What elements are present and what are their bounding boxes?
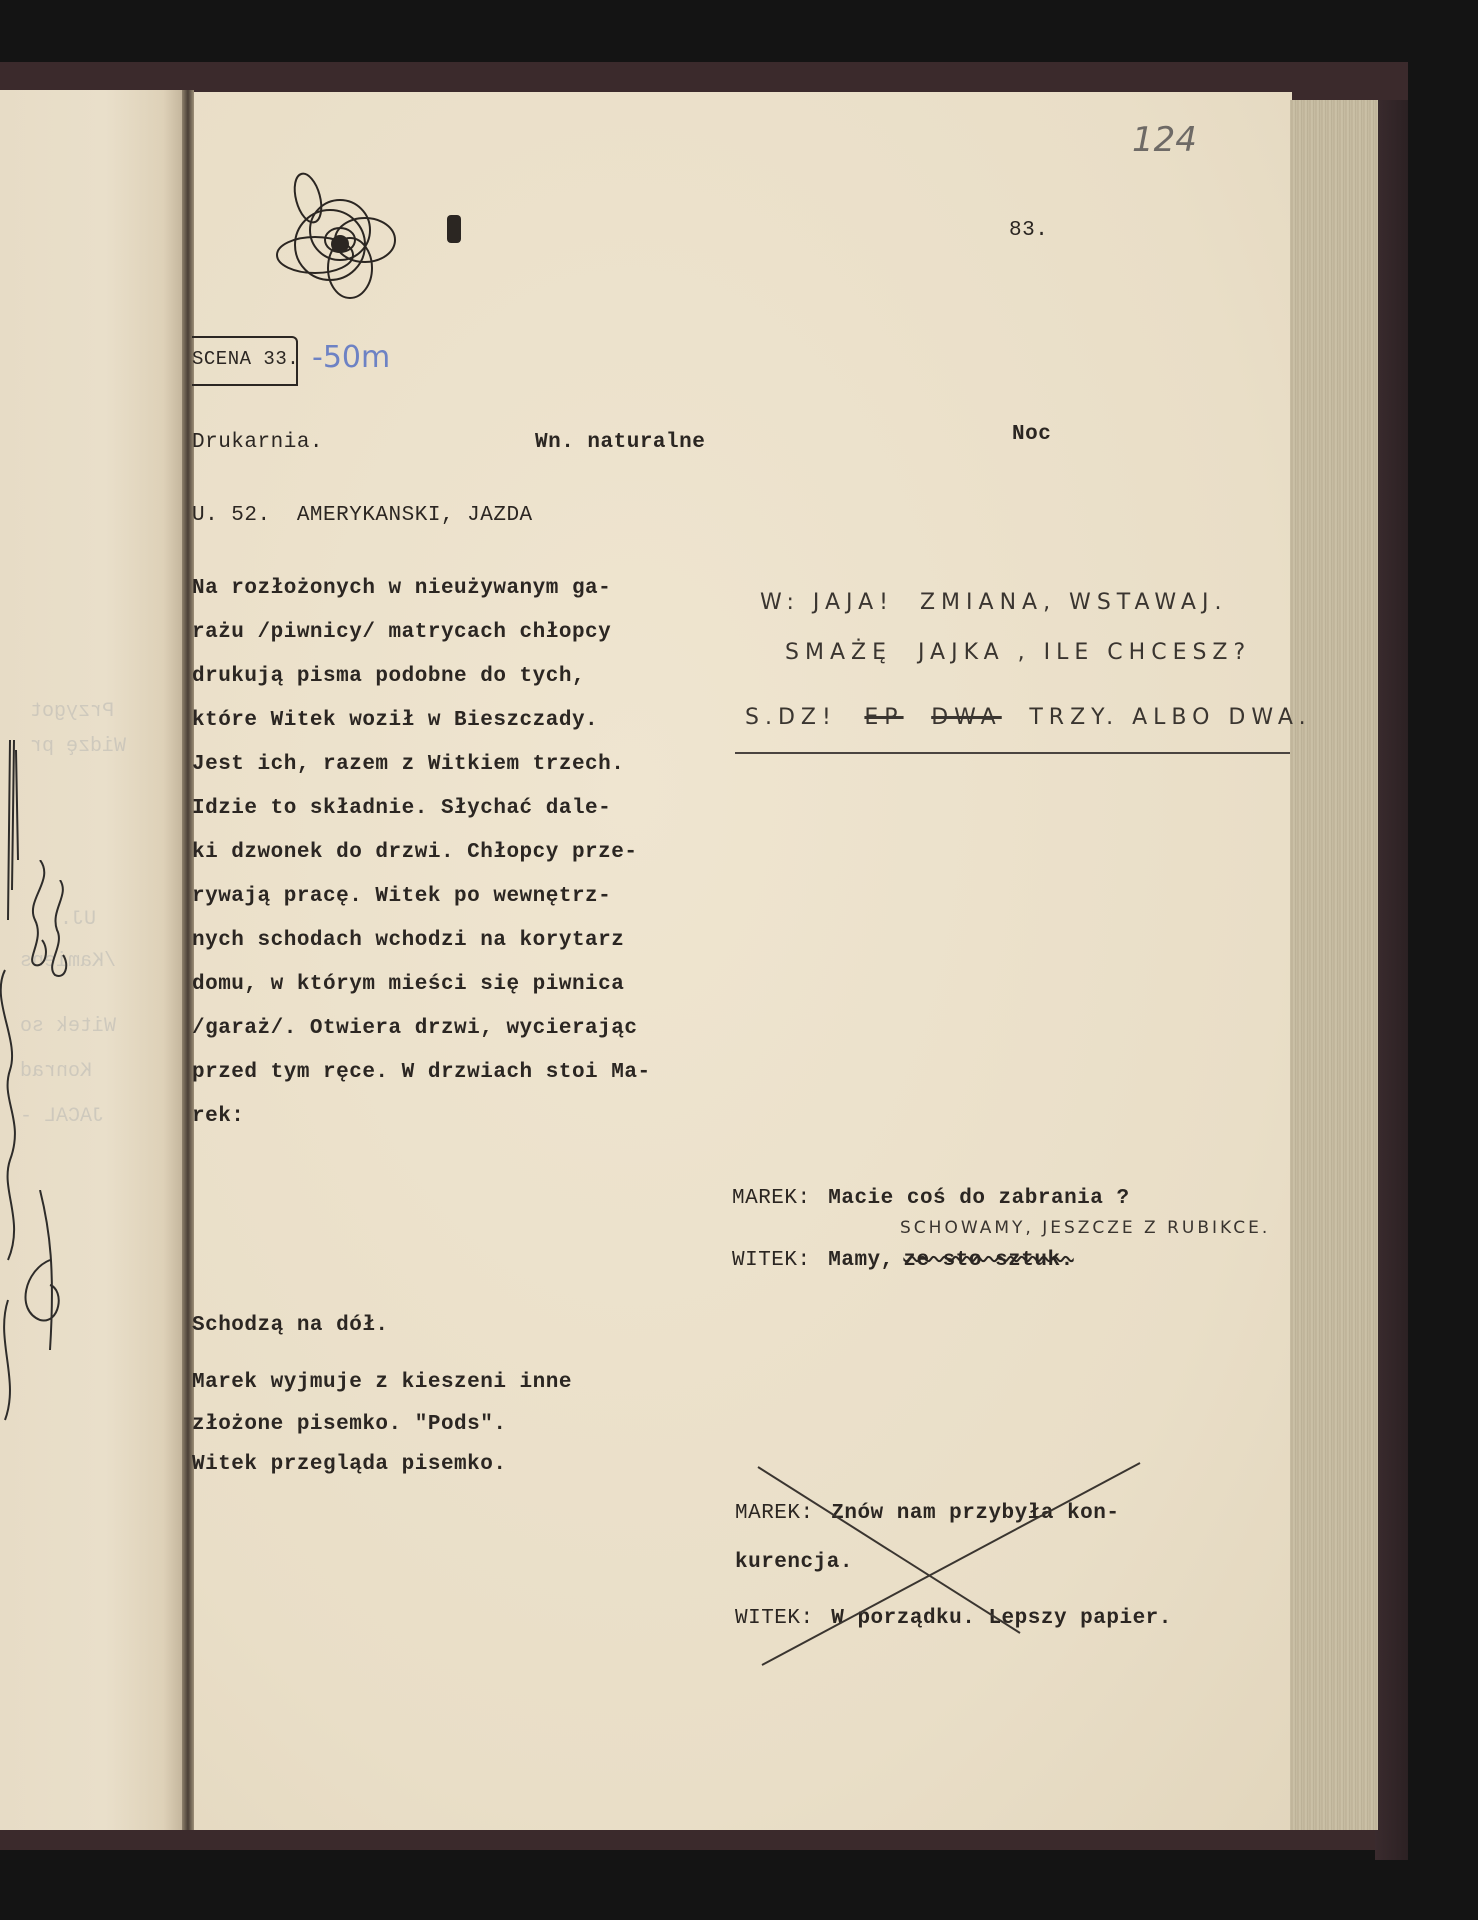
action-line: rażu /piwnicy/ matrycach chłopcy [192,622,651,666]
handwritten-note-line: SMAŻĘ JAJKA , ILE CHCESZ? [785,640,1251,665]
handwritten-insert: SCHOWAMY, JESZCZE Z RUBIKCE. [900,1218,1270,1238]
action-line: Witek przegląda pisemko. [192,1454,572,1494]
speaker-name: MAREK: [732,1187,811,1210]
clef-doodle [45,880,85,980]
handwritten-note-line: W: JAJA! ZMIANA, WSTAWAJ. [760,590,1227,615]
action-line: /garaż/. Otwiera drzwi, wycierając [192,1018,651,1062]
dialogue-text: Mamy, [828,1249,894,1272]
ink-blot [447,215,461,243]
note-prefix: S.DZ! [745,705,837,730]
book-cover-edge [1375,100,1408,1860]
clef-doodle [20,1190,80,1360]
action-line: Marek wyjmuje z kieszeni inne [192,1372,572,1414]
note-struck: DWA [931,705,1002,730]
action-line: nych schodach wchodzi na korytarz [192,930,651,974]
shot-description: U. 52. AMERYKANSKI, JAZDA [192,505,533,526]
archive-page-number: 124 [1132,120,1197,160]
length-note: -50m [312,340,390,375]
action-block: Na rozłożonych w nieużywanym ga- rażu /p… [192,578,651,1150]
slugline-location: Drukarnia. [192,432,323,453]
flower-doodle [270,170,420,310]
action-line: Idzie to składnie. Słychać dale- [192,798,651,842]
action-line: ki dzwonek do drzwi. Chłopcy prze- [192,842,651,886]
page-edges [1290,100,1378,1830]
action-line: przed tym ręce. W drzwiach stoi Ma- [192,1062,651,1106]
slugline-setting: Wn. naturalne [535,432,705,453]
scene-label: SCENA 33. [192,350,299,369]
dialogue-line: MAREK: Macie coś do zabrania ? [732,1188,1130,1209]
action-line: Schodzą na dół. [192,1315,389,1336]
page-number: 83. [1009,220,1048,241]
note-struck: EP [864,705,903,730]
action-line: rywają pracę. Witek po wewnętrz- [192,886,651,930]
action-line: które Witek woził w Bieszczady. [192,710,651,754]
ghost-text: Przygot [30,700,114,723]
action-line: Jest ich, razem z Witkiem trzech. [192,754,651,798]
action-line: domu, w którym mieści się piwnica [192,974,651,1018]
handwritten-note-line: S.DZ! EP DWA TRZY. ALBO DWA. [745,705,1312,730]
action-line: złożone pisemko. "Pods". [192,1414,572,1454]
slugline-time: Noc [1012,424,1051,445]
action-line: rek: [192,1106,651,1150]
speaker-name: WITEK: [732,1249,811,1272]
action-line: drukują pisma podobne do tych, [192,666,651,710]
action-line: Na rozłożonych w nieużywanym ga- [192,578,651,622]
cross-out-mark [740,1455,1160,1675]
dialogue-struck-text: ze sto sztuk. [903,1249,1073,1272]
dialogue-line: WITEK: Mamy, ze sto sztuk. [732,1250,1074,1271]
note-suffix: TRZY. ALBO DWA. [1029,705,1311,730]
action-block-2: Marek wyjmuje z kieszeni inne złożone pi… [192,1372,572,1494]
dialogue-text: Macie coś do zabrania ? [828,1187,1129,1210]
note-divider [735,752,1290,754]
